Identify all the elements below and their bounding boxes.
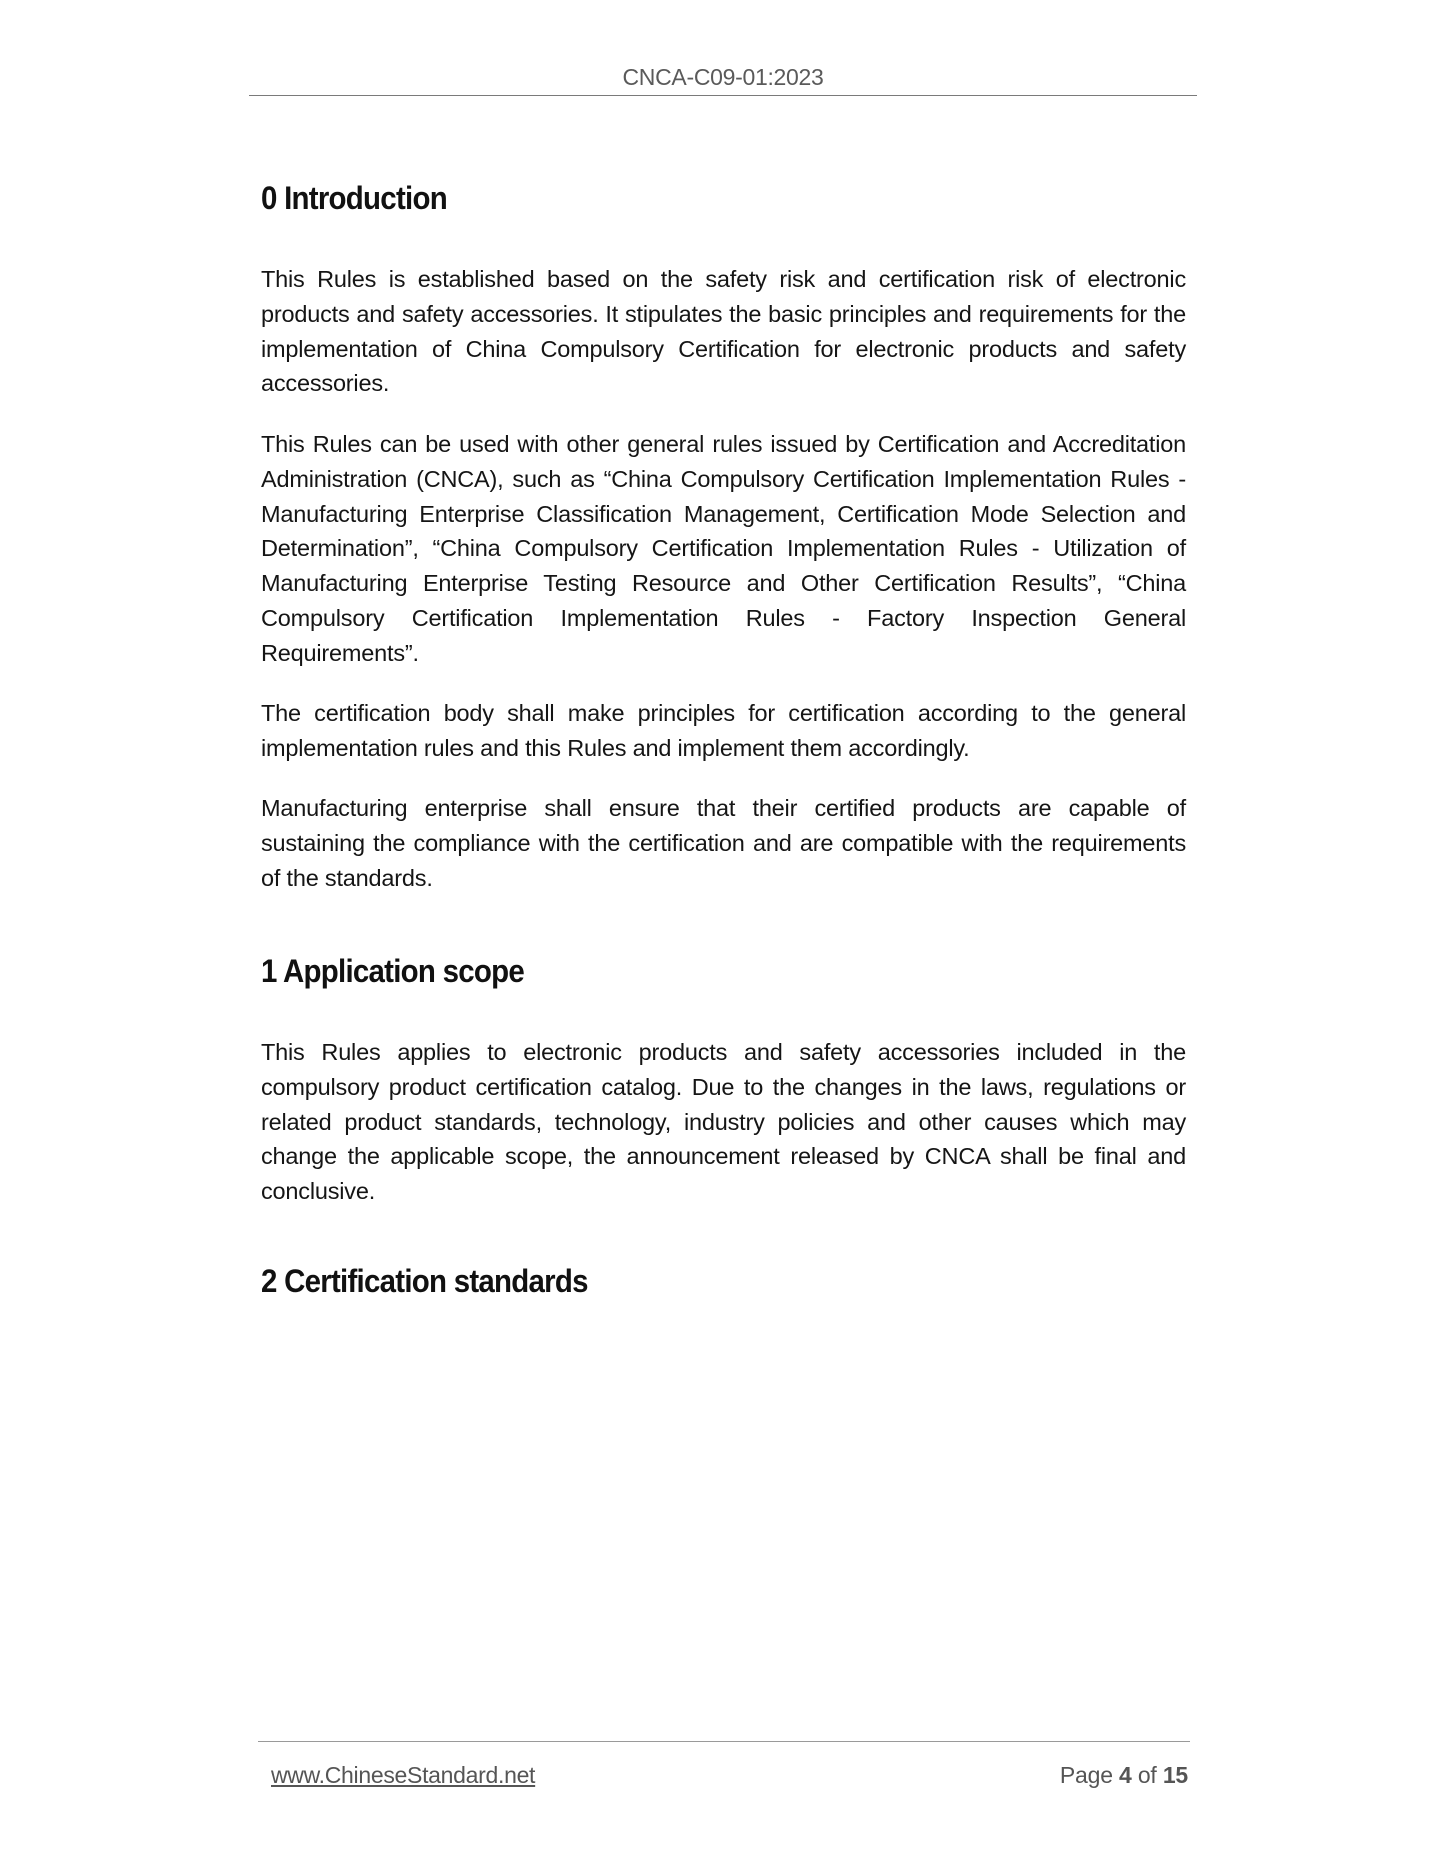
page-indicator: Page 4 of 15: [1060, 1762, 1188, 1789]
intro-paragraph-2: This Rules can be used with other genera…: [261, 427, 1186, 671]
page-label: Page: [1060, 1762, 1113, 1788]
section-heading-certification-standards: 2 Certification standards: [261, 1263, 588, 1300]
section-heading-introduction: 0 Introduction: [261, 180, 447, 217]
current-page-number: 4: [1119, 1762, 1132, 1788]
scope-paragraph-1: This Rules applies to electronic product…: [261, 1035, 1186, 1209]
intro-paragraph-3: The certification body shall make princi…: [261, 696, 1186, 766]
website-link[interactable]: www.ChineseStandard.net: [271, 1762, 535, 1789]
intro-paragraph-4: Manufacturing enterprise shall ensure th…: [261, 791, 1186, 895]
of-label: of: [1138, 1762, 1157, 1788]
header-divider: [249, 95, 1197, 96]
document-code-header: CNCA-C09-01:2023: [249, 64, 1197, 91]
total-pages-number: 15: [1163, 1762, 1188, 1788]
section-heading-application-scope: 1 Application scope: [261, 953, 524, 990]
intro-paragraph-1: This Rules is established based on the s…: [261, 262, 1186, 401]
footer-divider: [258, 1741, 1190, 1742]
